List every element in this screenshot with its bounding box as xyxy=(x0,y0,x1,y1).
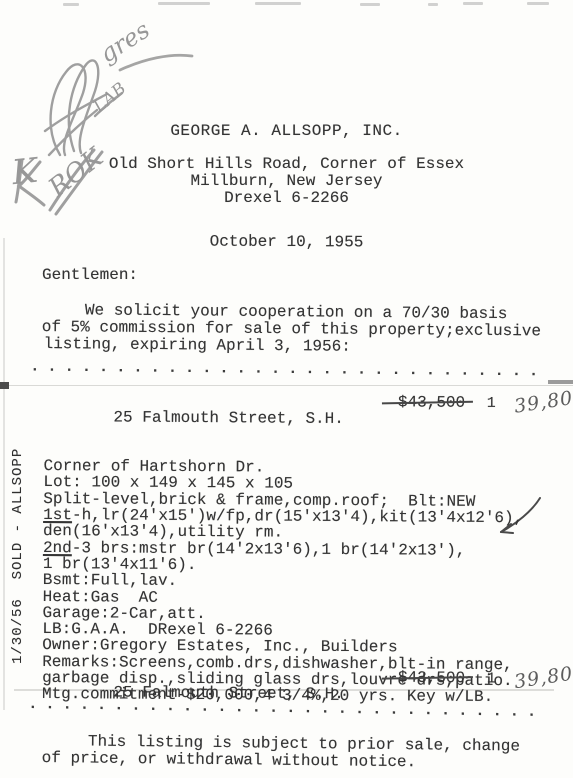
closing-paragraph: This listing is subject to prior sale, c… xyxy=(0,0,573,778)
closing-line: of price, or withdrawal without notice. xyxy=(42,750,417,771)
scanned-letter-page: gres LAB K ROK GEORGE A. ALLSOPP, INC. O… xyxy=(0,0,573,778)
margin-sold-note: 1/30/56 SOLD - ALLSOPP xyxy=(10,450,26,664)
